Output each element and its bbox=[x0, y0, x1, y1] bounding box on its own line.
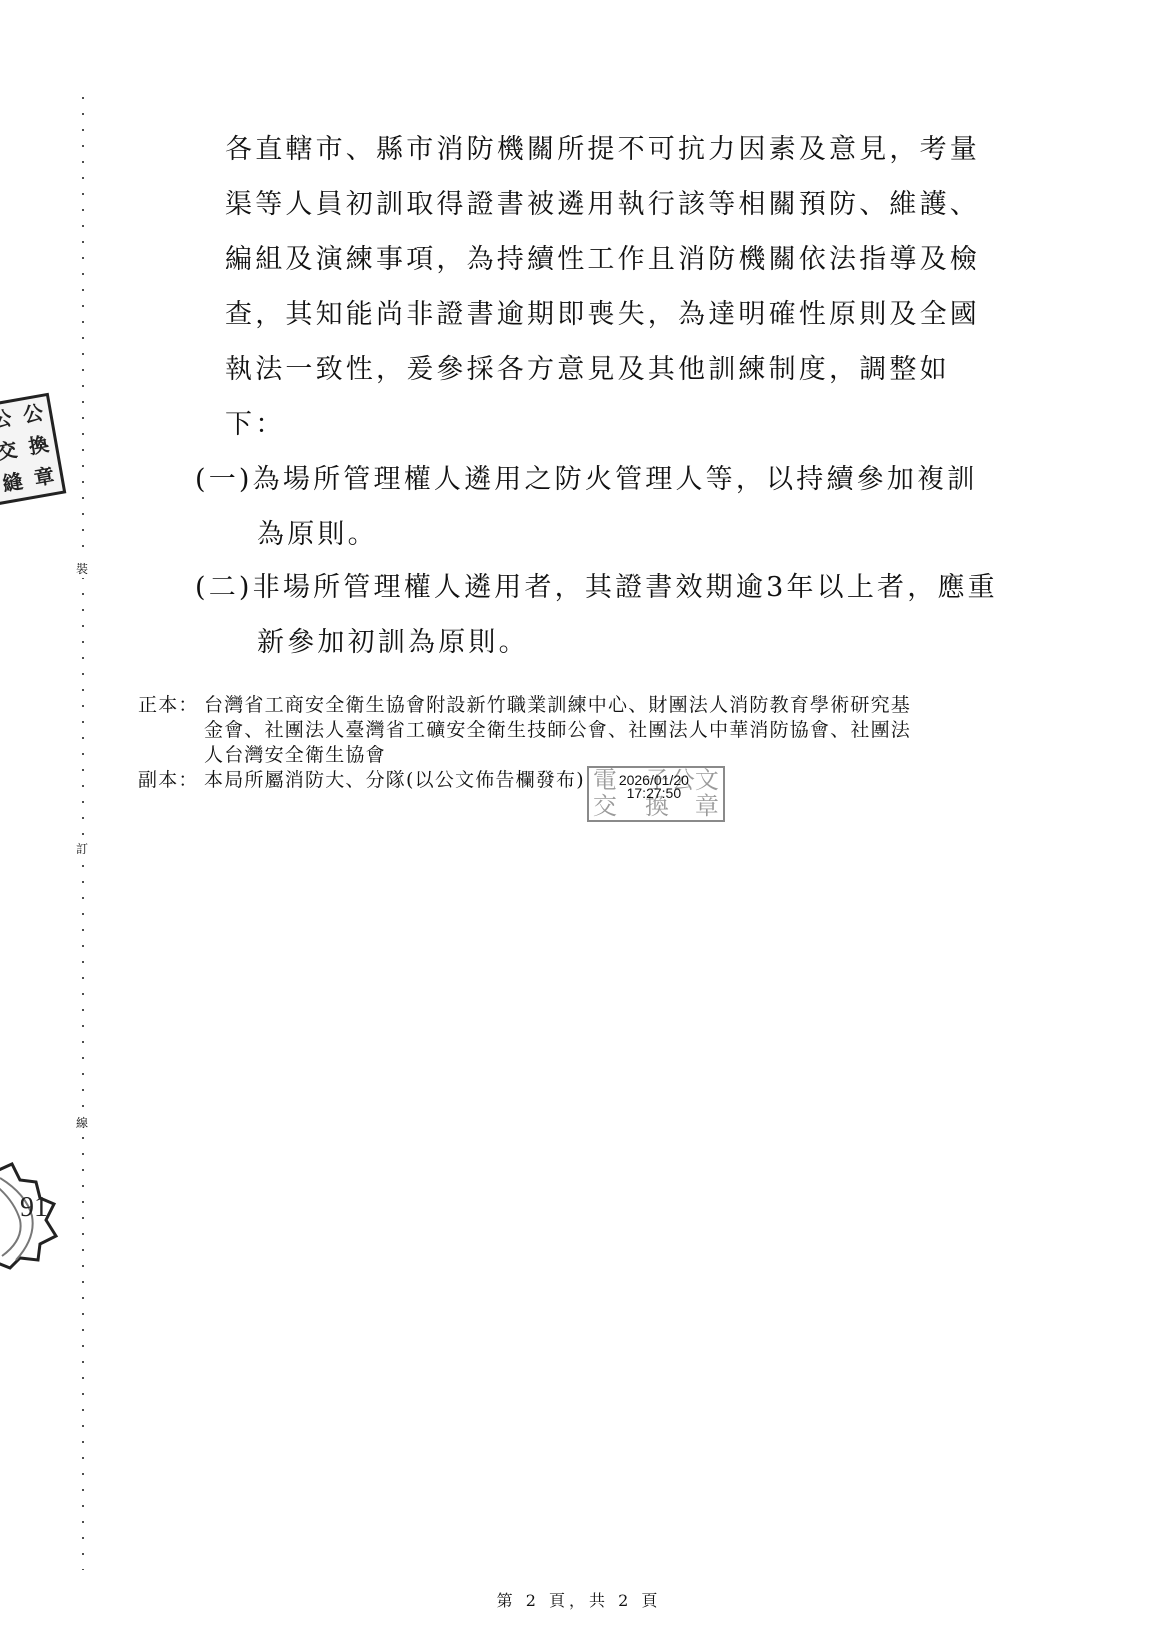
paragraph-line: 執法一致性，爰參採各方意見及其他訓練制度，調整如 bbox=[225, 342, 1015, 397]
binding-label-zhuang: 裝 bbox=[76, 560, 88, 578]
stamp-datetime: 2026/01/20 17:27:50 bbox=[619, 774, 689, 800]
stamp-char: 文 bbox=[695, 768, 720, 792]
stamp-char: 章 bbox=[695, 794, 720, 818]
paragraph-line: 查，其知能尚非證書逾期即喪失，為達明確性原則及全國 bbox=[225, 287, 1015, 342]
list-item-text: 為場所管理權人遴用之防火管理人等，以持續參加複訓 bbox=[253, 464, 978, 495]
page-seal-number: 91 bbox=[20, 1192, 48, 1224]
primary-label: 正本： bbox=[138, 693, 204, 768]
primary-line: 人台灣安全衛生協會 bbox=[204, 743, 1018, 768]
paragraph-line: 各直轄市、縣市消防機關所提不可抗力因素及意見，考量 bbox=[225, 122, 1015, 177]
copy-recipients: 副本： 本局所屬消防大、分隊(以公文佈告欄發布) 電 子 公 文 交 換 章 2… bbox=[138, 768, 1018, 822]
seam-seal-icon: 公 公 交 換 縫 章 bbox=[0, 393, 66, 506]
binding-label-xian: 線 bbox=[76, 1114, 88, 1132]
stamp-char: 電 bbox=[593, 768, 618, 792]
copy-label: 副本： bbox=[138, 768, 204, 822]
list-item-line: (一)為場所管理權人遴用之防火管理人等，以持續參加複訓 bbox=[195, 452, 1015, 507]
electronic-exchange-stamp: 電 子 公 文 交 換 章 2026/01/20 17:27:50 bbox=[587, 766, 725, 822]
distribution-block: 正本： 台灣省工商安全衛生協會附設新竹職業訓練中心、財團法人消防教育學術研究基 … bbox=[138, 693, 1018, 822]
paragraph-line: 編組及演練事項，為持續性工作且消防機關依法指導及檢 bbox=[225, 232, 1015, 287]
list-item-1: (一)為場所管理權人遴用之防火管理人等，以持續參加複訓 為原則。 bbox=[195, 452, 1015, 562]
primary-line: 台灣省工商安全衛生協會附設新竹職業訓練中心、財團法人消防教育學術研究基 bbox=[204, 693, 1018, 718]
list-item-continuation: 新參加初訓為原則。 bbox=[195, 615, 1015, 670]
list-item-text: 非場所管理權人遴用者，其證書效期逾3年以上者，應重 bbox=[253, 572, 998, 603]
paragraph-line: 渠等人員初訓取得證書被遴用執行該等相關預防、維護、 bbox=[225, 177, 1015, 232]
list-item-2: (二)非場所管理權人遴用者，其證書效期逾3年以上者，應重 新參加初訓為原則。 bbox=[195, 560, 1015, 670]
list-marker: (一) bbox=[195, 464, 253, 495]
main-paragraph: 各直轄市、縣市消防機關所提不可抗力因素及意見，考量 渠等人員初訓取得證書被遴用執… bbox=[225, 122, 1015, 452]
primary-line: 金會、社團法人臺灣省工礦安全衛生技師公會、社團法人中華消防協會、社團法 bbox=[204, 718, 1018, 743]
list-item-continuation: 為原則。 bbox=[195, 507, 1015, 562]
copy-text: 本局所屬消防大、分隊(以公文佈告欄發布) bbox=[204, 769, 585, 791]
paragraph-line: 下： bbox=[225, 397, 1015, 452]
binding-dotted-line bbox=[82, 90, 84, 1570]
stamp-char: 交 bbox=[593, 794, 618, 818]
binding-label-ding: 訂 bbox=[76, 840, 88, 858]
list-marker: (二) bbox=[195, 572, 253, 603]
page-number-footer: 第 2 頁，共 2 頁 bbox=[0, 1588, 1158, 1611]
seal-char: 章 bbox=[26, 459, 63, 496]
stamp-time: 17:27:50 bbox=[619, 787, 689, 800]
list-item-line: (二)非場所管理權人遴用者，其證書效期逾3年以上者，應重 bbox=[195, 560, 1015, 615]
primary-recipients: 正本： 台灣省工商安全衛生協會附設新竹職業訓練中心、財團法人消防教育學術研究基 … bbox=[138, 693, 1018, 768]
